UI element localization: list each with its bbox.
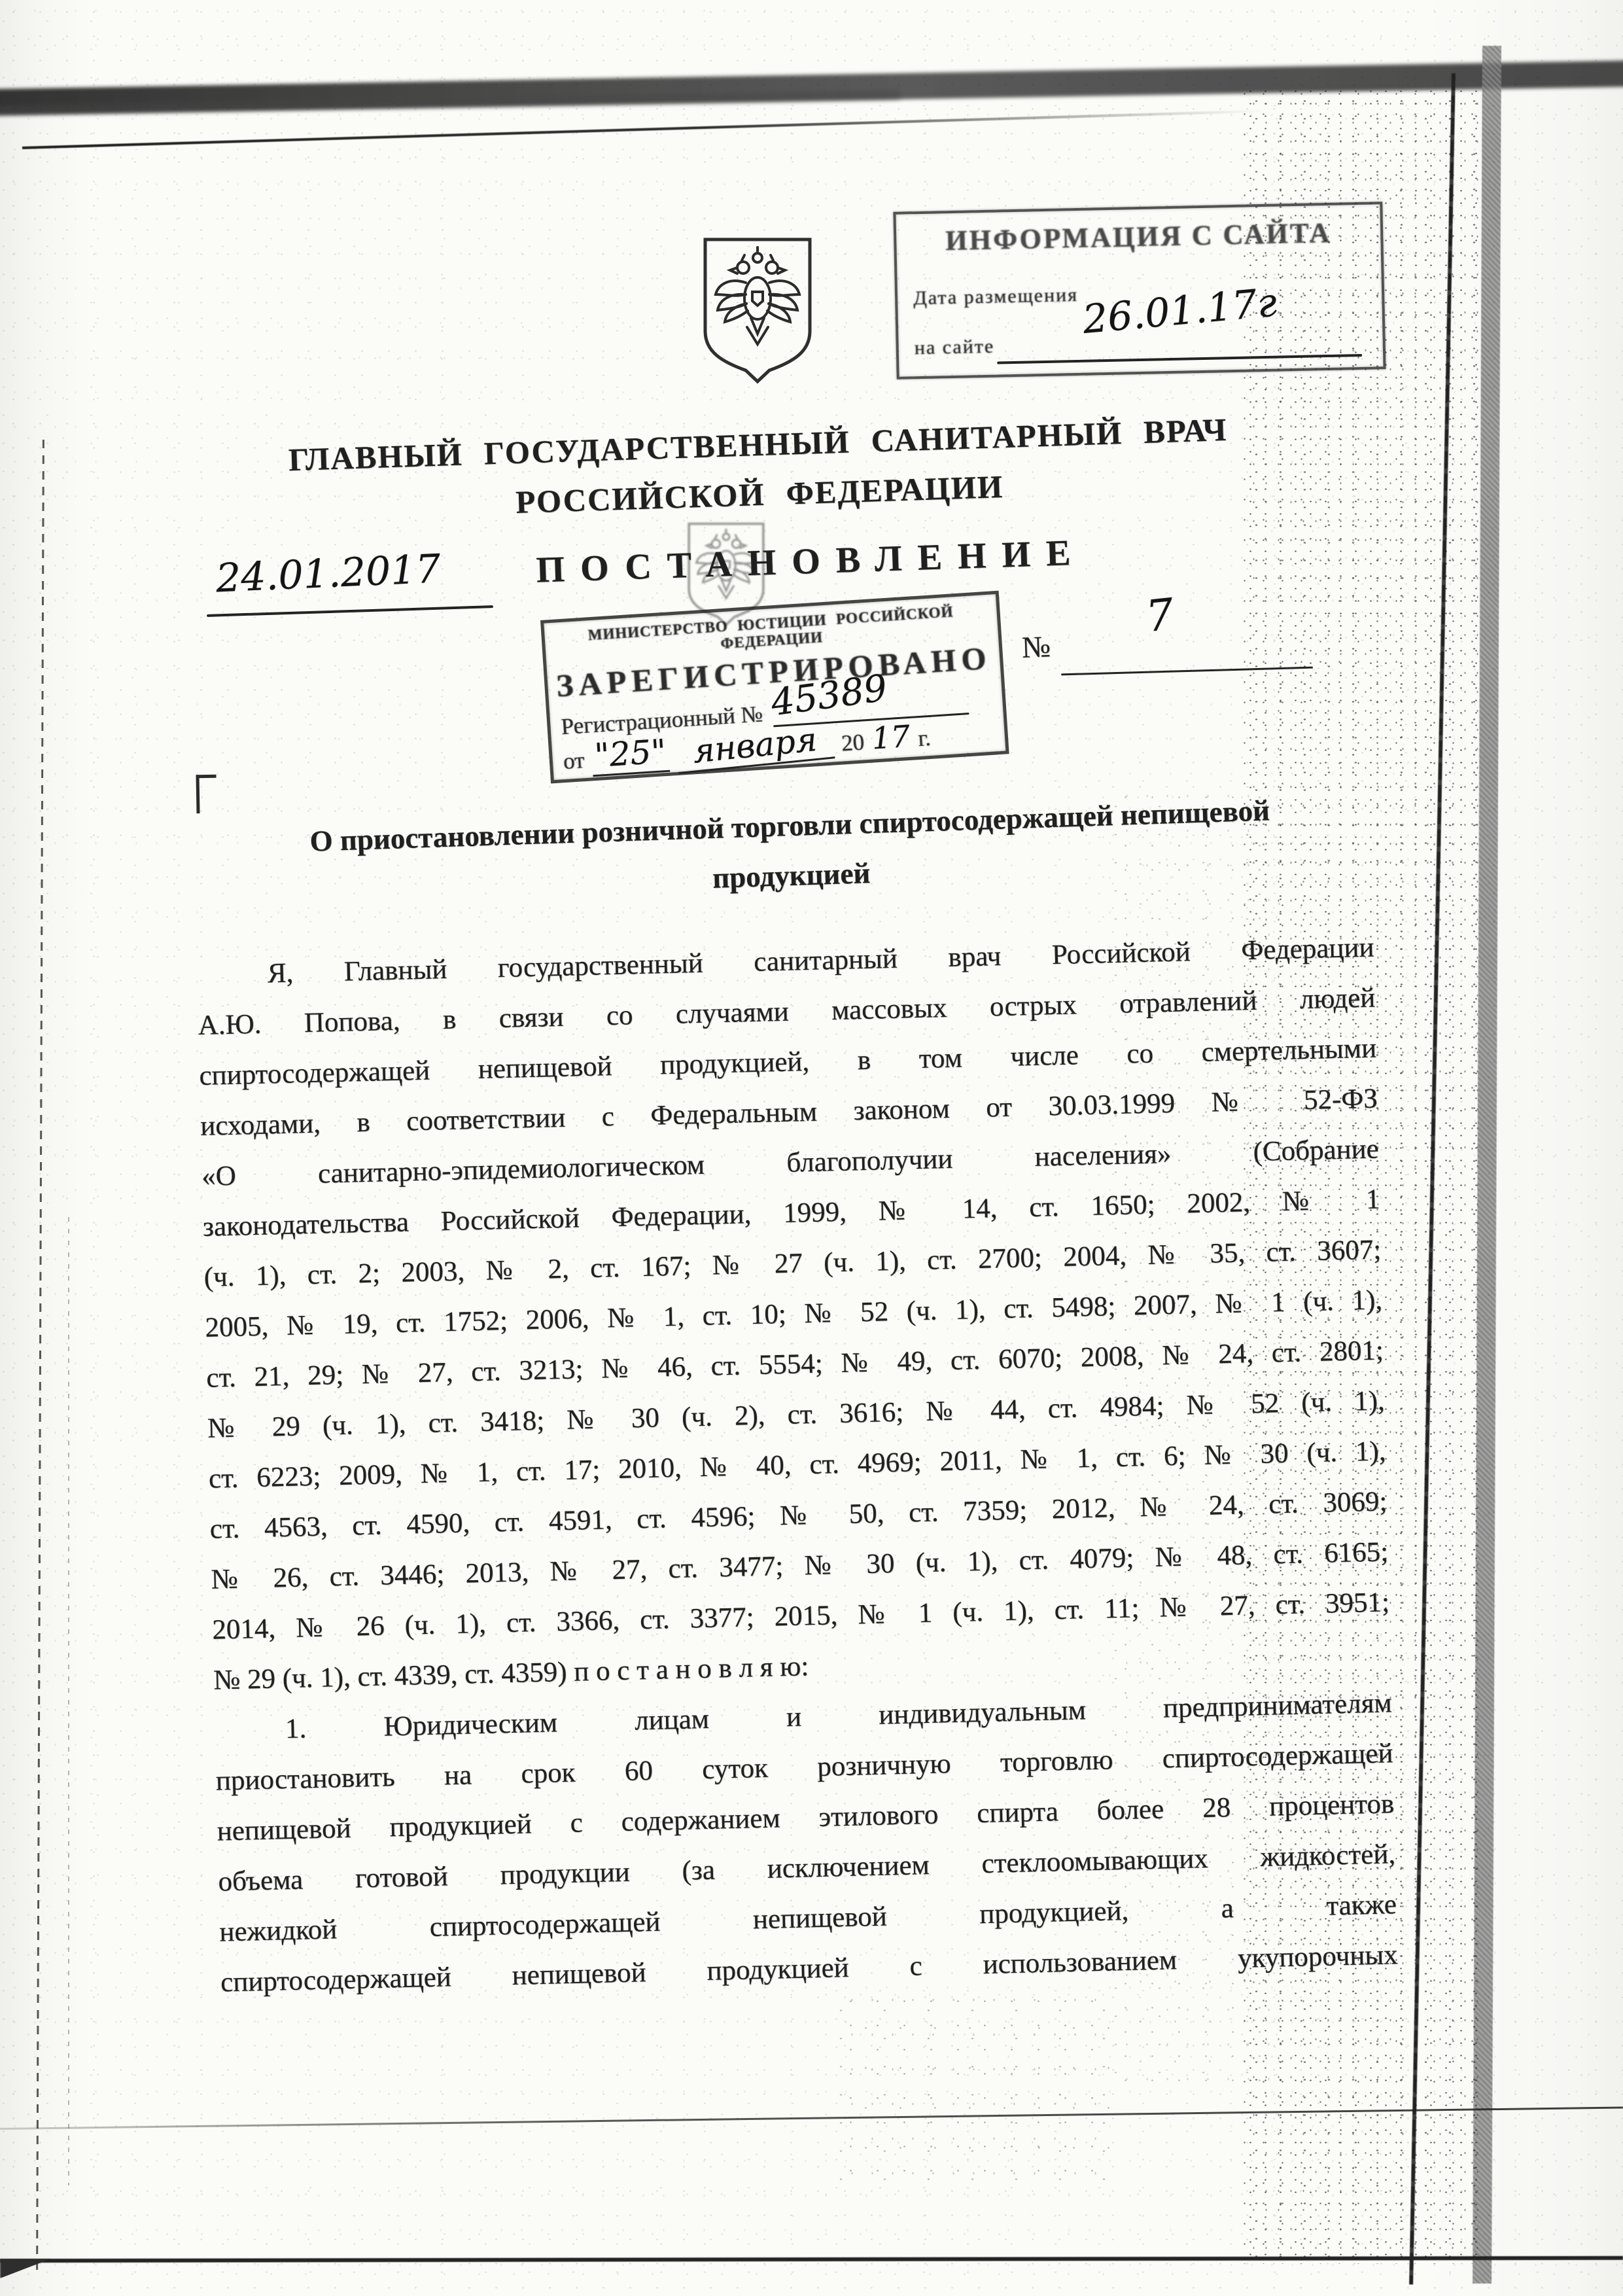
- year-suffix: г.: [917, 725, 932, 752]
- scan-paper-edge-line: [22, 110, 1265, 149]
- day-value: "25": [591, 732, 670, 777]
- year-value: 17: [871, 718, 911, 756]
- subject-heading: О приостановлении розничной торговли спи…: [186, 781, 1395, 919]
- scan-right-edge-band: [1473, 46, 1501, 2284]
- site-stamp-underline: [997, 354, 1362, 364]
- doc-number-sign: №: [1021, 629, 1051, 664]
- site-stamp-title: ИНФОРМАЦИЯ С САЙТА: [896, 216, 1381, 258]
- body-paragraph-2: 1. Юридическим лицам и индивидуальным пр…: [214, 1678, 1398, 2007]
- crop-corner-mark: [196, 775, 217, 814]
- document-body: Я, Главный государственный санитарный вр…: [196, 923, 1399, 2008]
- site-stamp-site-label: на сайте: [914, 336, 994, 360]
- russia-coat-of-arms-icon: [699, 232, 816, 385]
- scan-scratch-line: [0, 2107, 1623, 2130]
- scan-bottom-edge-line: [0, 2256, 1623, 2263]
- justice-registration-stamp: МИНИСТЕРСТВО ЮСТИЦИИ РОССИЙСКОЙ ФЕДЕРАЦИ…: [540, 591, 1009, 784]
- scan-noise-bottom-patch: [837, 1989, 1112, 2185]
- scan-right-vertical-line: [1409, 73, 1456, 2284]
- site-stamp-date-value: 26.01.17г: [1081, 279, 1279, 343]
- doc-date-handwritten: 24.01.2017: [215, 546, 442, 602]
- scanned-document-page: ИНФОРМАЦИЯ С САЙТА Дата размещения на са…: [0, 0, 1623, 2296]
- doc-date-underline: [207, 605, 493, 617]
- site-stamp-date-label: Дата размещения: [913, 284, 1078, 309]
- year-prefix: 20: [841, 729, 865, 756]
- site-info-stamp: ИНФОРМАЦИЯ С САЙТА Дата размещения на са…: [893, 202, 1386, 380]
- scan-left-dashed-line-2: [68, 1217, 69, 2185]
- scan-left-dashed-line: [36, 440, 44, 2272]
- body-paragraph-1: Я, Главный государственный санитарный вр…: [196, 923, 1391, 1706]
- doc-type-title: ПОСТАНОВЛЕНИЕ: [431, 528, 1191, 594]
- org-title: ГЛАВНЫЙ ГОСУДАРСТВЕННЫЙ САНИТАРНЫЙ ВРАЧ …: [188, 402, 1329, 538]
- doc-number-underline: [1061, 667, 1313, 676]
- doc-number-value: 7: [1143, 589, 1176, 642]
- from-label: от: [563, 747, 585, 775]
